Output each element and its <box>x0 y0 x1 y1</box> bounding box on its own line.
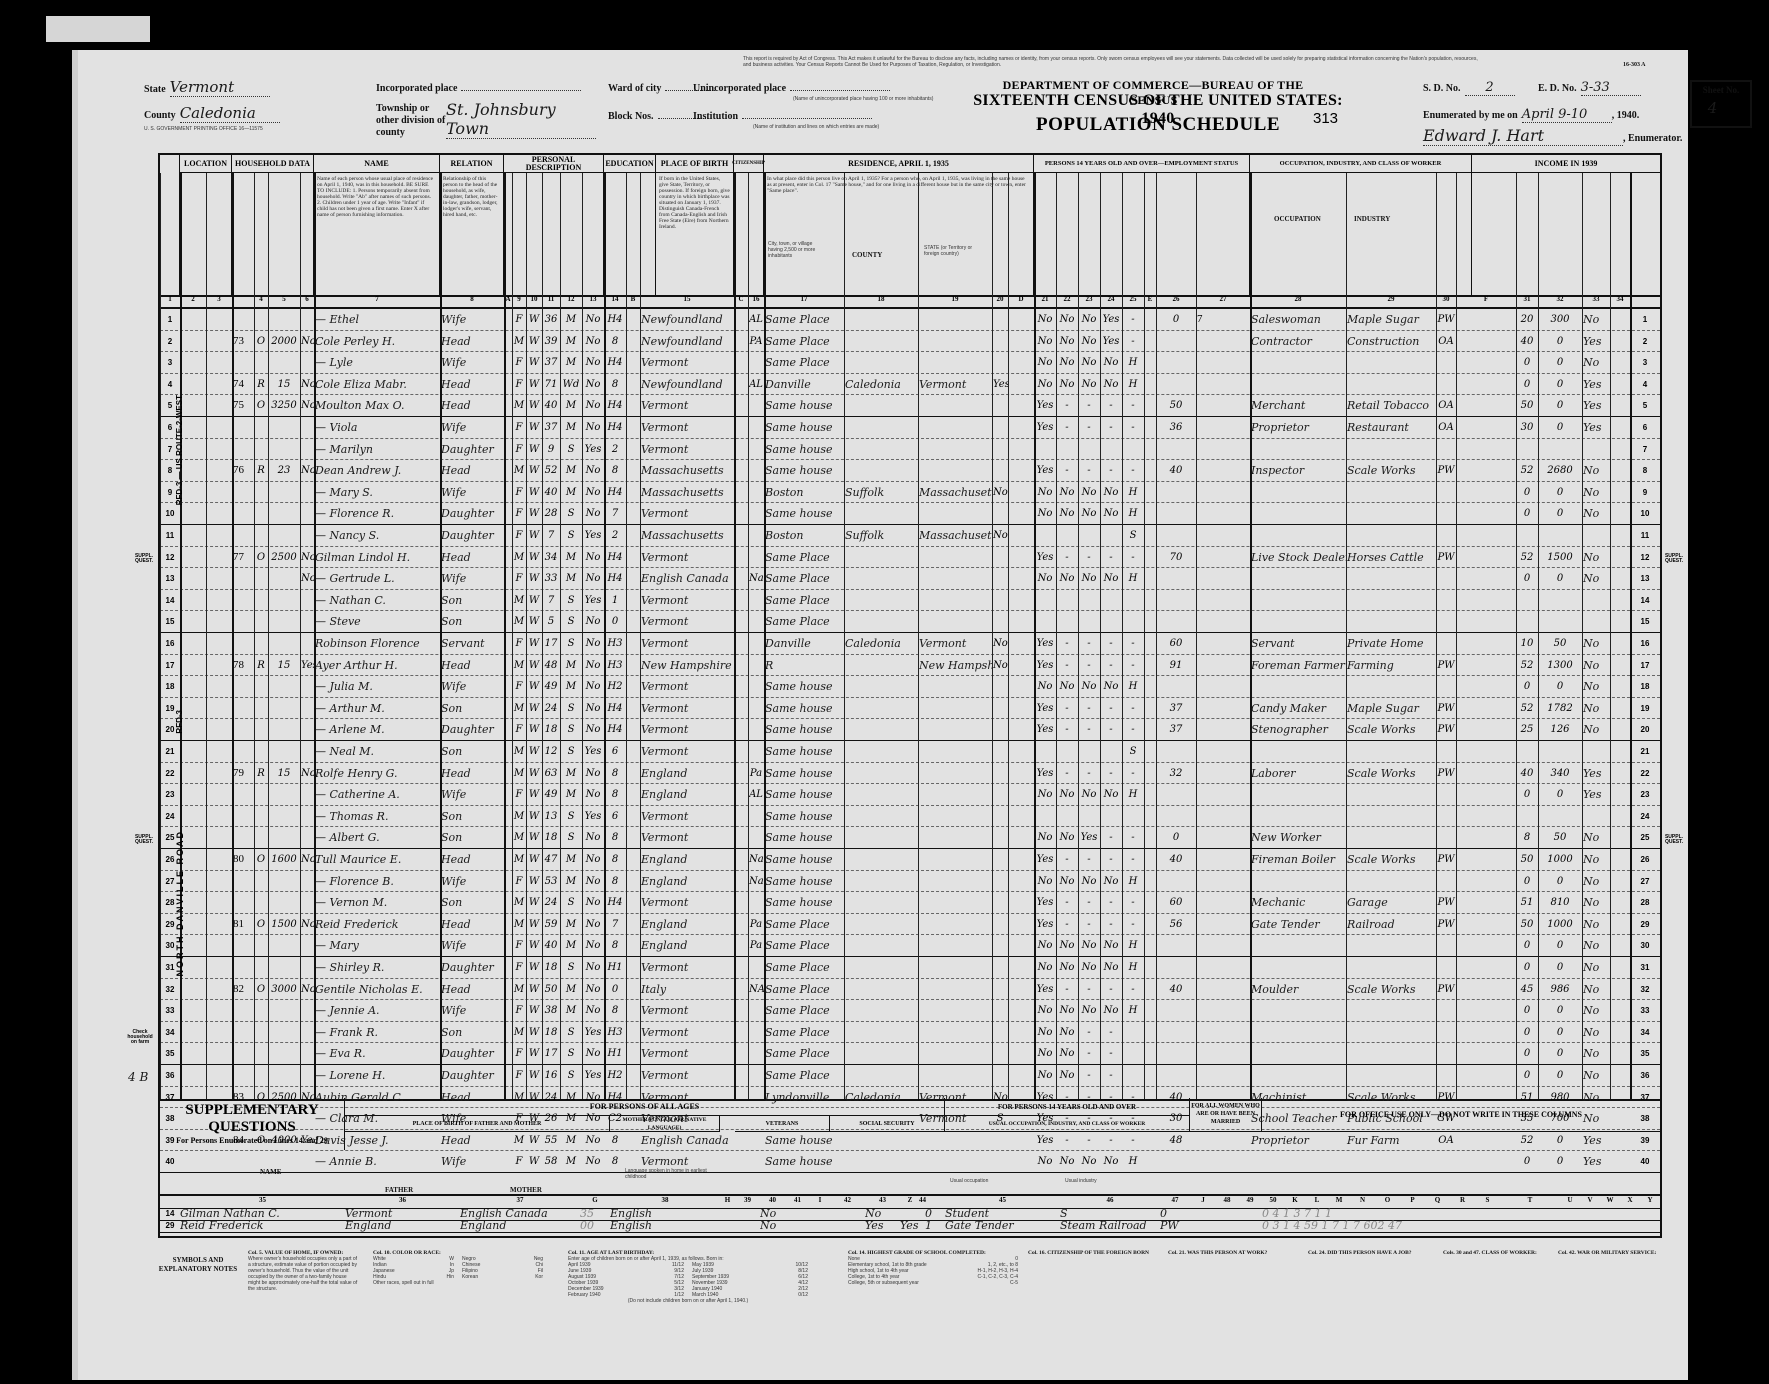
cell-street <box>180 611 206 632</box>
cell-at-work: No <box>1034 503 1056 524</box>
cell-res-state: Massachusetts <box>918 482 992 503</box>
column-number: 24 <box>1100 295 1122 303</box>
cell-E <box>1144 935 1156 956</box>
cell-marital: S <box>560 1043 582 1064</box>
cell-pub-work: - <box>1056 655 1078 676</box>
cell-sex: M <box>512 806 526 827</box>
cell-E <box>1144 698 1156 719</box>
cell-other-inc: No <box>1582 719 1610 740</box>
cell-school: No <box>582 849 604 870</box>
cell-house <box>206 395 232 416</box>
cell-sex: M <box>512 979 526 1000</box>
cell-F <box>1456 763 1516 784</box>
cell-house-no: 73 <box>232 331 254 352</box>
cell-res-state <box>918 849 992 870</box>
cell-own <box>254 633 268 654</box>
cell-res-county <box>844 741 918 762</box>
cell-C <box>734 482 748 503</box>
cell-wages: 0 <box>1538 482 1582 503</box>
cell-C <box>734 547 748 568</box>
cell-res-state <box>918 547 992 568</box>
cell-age: 13 <box>542 806 560 827</box>
route-label-2: RFD-3 <box>175 710 184 770</box>
cell-res-county <box>844 719 918 740</box>
cell-weeks: 52 <box>1516 655 1538 676</box>
cell-house-no <box>232 352 254 373</box>
cell-age: 18 <box>542 719 560 740</box>
cell-seeking <box>1078 741 1100 762</box>
cell-value <box>268 482 300 503</box>
cell-D <box>1008 957 1034 978</box>
cell-col34 <box>1610 417 1630 438</box>
cell-house <box>206 1022 232 1043</box>
cell-seeking: No <box>1078 935 1100 956</box>
cell-hours: 36 <box>1156 417 1196 438</box>
cell-weeks: 0 <box>1516 957 1538 978</box>
cell-F <box>1456 547 1516 568</box>
cell-class <box>1436 482 1456 503</box>
cell-marital: S <box>560 1065 582 1086</box>
cell-weeks: 8 <box>1516 827 1538 848</box>
cell-value <box>268 698 300 719</box>
cell-relation: Daughter <box>440 525 504 546</box>
cell-col34 <box>1610 503 1630 524</box>
cell-relation: Daughter <box>440 957 504 978</box>
cell-F <box>1456 719 1516 740</box>
cell-own: R <box>254 655 268 676</box>
cell-street <box>180 352 206 373</box>
cell-E <box>1144 1065 1156 1086</box>
table-row: 15— SteveSonMW5SNo0VermontSame Place15 <box>160 611 1660 633</box>
cell-industry <box>1346 935 1436 956</box>
cell-has-job: - <box>1100 417 1122 438</box>
cell-other-inc: No <box>1582 892 1610 913</box>
note-item: College, 5th or subsequent yearC-5 <box>848 1280 1018 1286</box>
cell-res-county <box>844 655 918 676</box>
cell-house <box>206 590 232 611</box>
column-number: 3 <box>206 295 232 303</box>
cell-col34 <box>1610 698 1630 719</box>
cell-F <box>1456 590 1516 611</box>
cell-marital: M <box>560 352 582 373</box>
cell-activity: - <box>1122 460 1144 481</box>
cell-wages: 0 <box>1538 352 1582 373</box>
cell-B <box>626 395 640 416</box>
cell-F <box>1456 611 1516 632</box>
cell-house <box>206 568 232 589</box>
cell-hours: 32 <box>1156 763 1196 784</box>
cell-value <box>268 309 300 330</box>
cell-house <box>206 1000 232 1021</box>
cell-res-farm <box>992 871 1008 892</box>
cell-res-farm <box>992 1000 1008 1021</box>
cell-at-work: No <box>1034 1000 1056 1021</box>
cell-D <box>1008 374 1034 395</box>
table-row: 2279R15NoRolfe Henry G.HeadMW63MNo8Engla… <box>160 763 1660 785</box>
cell-weeks: 0 <box>1516 935 1538 956</box>
cell-wages: 0 <box>1538 1065 1582 1086</box>
cell-house <box>206 655 232 676</box>
note-item: Other races, spell out in full <box>373 1280 454 1286</box>
cell-name: — Arlene M. <box>314 719 440 740</box>
cell-birthplace: Vermont <box>640 1065 734 1086</box>
cell-house <box>206 935 232 956</box>
table-row: 2680O1600NoTull Maurice E.HeadMW47MNo8En… <box>160 849 1660 871</box>
cell-has-job: - <box>1100 395 1122 416</box>
cell-name: — Eva R. <box>314 1043 440 1064</box>
cell-own <box>254 525 268 546</box>
cell-wages: 986 <box>1538 979 1582 1000</box>
cell-hours <box>1156 1022 1196 1043</box>
cell-race: W <box>526 849 542 870</box>
cell-res-state <box>918 979 992 1000</box>
cell-sex: M <box>512 611 526 632</box>
cell-at-work: Yes <box>1034 763 1056 784</box>
cell-race: W <box>526 417 542 438</box>
cell-birthplace: Vermont <box>640 439 734 460</box>
cell-birthplace: England <box>640 871 734 892</box>
cell-own <box>254 611 268 632</box>
cell-birthplace: Vermont <box>640 547 734 568</box>
cell-line: 16 <box>160 633 180 654</box>
cell-at-work: Yes <box>1034 849 1056 870</box>
table-row: 34— Frank R.SonMW18SYesH3VermontSame Pla… <box>160 1022 1660 1044</box>
cell-F <box>1456 935 1516 956</box>
cell-class <box>1436 525 1456 546</box>
cell-F <box>1456 352 1516 373</box>
cell-col34 <box>1610 892 1630 913</box>
cell-sex: F <box>512 935 526 956</box>
cell-at-work: No <box>1034 482 1056 503</box>
cell-res-farm <box>992 914 1008 935</box>
cell-grade: H2 <box>604 676 626 697</box>
cell-seeking: No <box>1078 331 1100 352</box>
supp-cell-occupation: Gate Tender <box>945 1220 1060 1232</box>
cell-B <box>626 568 640 589</box>
cell-hours <box>1156 871 1196 892</box>
cell-has-job: - <box>1100 849 1122 870</box>
cell-pub-work: No <box>1056 374 1078 395</box>
cell-res-state <box>918 957 992 978</box>
cell-house-no: 74 <box>232 374 254 395</box>
cell-own: O <box>254 979 268 1000</box>
cell-birthplace: Vermont <box>640 633 734 654</box>
cell-cit <box>748 719 764 740</box>
cell-weeks: 40 <box>1516 763 1538 784</box>
supp-cell-ss1: Yes <box>865 1220 900 1232</box>
cell-age: 18 <box>542 827 560 848</box>
cell-school: No <box>582 374 604 395</box>
cell-C <box>734 374 748 395</box>
cell-own <box>254 871 268 892</box>
column-number: 1 <box>160 295 180 303</box>
table-row: 3— LyleWifeFW37MNoH4VermontSame PlaceNoN… <box>160 352 1660 374</box>
cell-name: — Lyle <box>314 352 440 373</box>
cell-B <box>626 784 640 805</box>
cell-res-state: Vermont <box>918 633 992 654</box>
cell-D <box>1008 784 1034 805</box>
header-name: NAMEName of each person whose usual plac… <box>314 155 440 295</box>
cell-birthplace: Vermont <box>640 806 734 827</box>
cell-marital: M <box>560 676 582 697</box>
cell-name: — Thomas R. <box>314 806 440 827</box>
cell-value: 15 <box>268 374 300 395</box>
cell-res-state <box>918 784 992 805</box>
cell-house <box>206 611 232 632</box>
table-row: 20— Arlene M.DaughterFW18SNoH4VermontSam… <box>160 719 1660 741</box>
cell-F <box>1456 374 1516 395</box>
table-row: 575O3250NoMoulton Max O.HeadMW40MNoH4Ver… <box>160 395 1660 417</box>
cell-wages: 0 <box>1538 374 1582 395</box>
cell-marital: M <box>560 784 582 805</box>
cell-relation: Son <box>440 590 504 611</box>
cell-cit <box>748 741 764 762</box>
cell-cit: NA <box>748 979 764 1000</box>
cell-school: No <box>582 676 604 697</box>
cell-school: No <box>582 935 604 956</box>
column-number: 20 <box>992 295 1008 303</box>
cell-own <box>254 698 268 719</box>
cell-house <box>206 374 232 395</box>
cell-class <box>1436 676 1456 697</box>
cell-hours: 37 <box>1156 698 1196 719</box>
cell-seeking <box>1078 590 1100 611</box>
cell-res-farm <box>992 460 1008 481</box>
cell-activity: H <box>1122 352 1144 373</box>
cell-name: Dean Andrew J. <box>314 460 440 481</box>
cell-marital: M <box>560 1000 582 1021</box>
cell-has-job <box>1100 611 1122 632</box>
cell-line: 1 <box>160 309 180 330</box>
cell-relation: Head <box>440 395 504 416</box>
cell-race: W <box>526 503 542 524</box>
cell-farm <box>300 806 314 827</box>
cell-race: W <box>526 935 542 956</box>
cell-birthplace: Vermont <box>640 352 734 373</box>
cell-has-job: - <box>1100 1065 1122 1086</box>
cell-E <box>1144 871 1156 892</box>
cell-marital: S <box>560 719 582 740</box>
cell-age: 40 <box>542 395 560 416</box>
cell-F <box>1456 655 1516 676</box>
cell-other-inc: No <box>1582 676 1610 697</box>
cell-hours: 91 <box>1156 655 1196 676</box>
cell-house-no: 77 <box>232 547 254 568</box>
cell-value <box>268 806 300 827</box>
cell-at-work: No <box>1034 331 1056 352</box>
cell-house <box>206 417 232 438</box>
cell-has-job: No <box>1100 374 1122 395</box>
cell-C <box>734 590 748 611</box>
cell-res-city: Same Place <box>764 957 844 978</box>
cell-res-city: Same house <box>764 676 844 697</box>
cell-hours: 40 <box>1156 849 1196 870</box>
cell-has-job: - <box>1100 655 1122 676</box>
cell-school: No <box>582 352 604 373</box>
cell-marital: M <box>560 763 582 784</box>
cell-C <box>734 1065 748 1086</box>
cell-house-no <box>232 741 254 762</box>
cell-res-farm <box>992 1065 1008 1086</box>
cell-marital: S <box>560 698 582 719</box>
cell-hours <box>1156 503 1196 524</box>
cell-res-city: Same Place <box>764 568 844 589</box>
cell-own <box>254 352 268 373</box>
cell-name: — Neal M. <box>314 741 440 762</box>
cell-wages: 0 <box>1538 1043 1582 1064</box>
cell-age: 48 <box>542 655 560 676</box>
cell-wages: 1000 <box>1538 914 1582 935</box>
column-number: B <box>626 295 640 303</box>
cell-hours <box>1156 374 1196 395</box>
cell-rline: 29 <box>1630 914 1660 935</box>
cell-house-no <box>232 611 254 632</box>
cell-school: Yes <box>582 1022 604 1043</box>
cell-own <box>254 892 268 913</box>
cell-B <box>626 698 640 719</box>
table-row: 19— Arthur M.SonMW24SNoH4VermontSame hou… <box>160 698 1660 720</box>
table-row: 18— Julia M.WifeFW49MNoH2VermontSame hou… <box>160 676 1660 698</box>
supp-column-number: Z <box>160 1196 1660 1204</box>
cell-D <box>1008 331 1034 352</box>
cell-class <box>1436 1043 1456 1064</box>
cell-value: 3250 <box>268 395 300 416</box>
cell-wages: 0 <box>1538 503 1582 524</box>
cell-at-work: Yes <box>1034 655 1056 676</box>
cell-col34 <box>1610 1022 1630 1043</box>
cell-seeking: Yes <box>1078 827 1100 848</box>
cell-class: PW <box>1436 979 1456 1000</box>
supp-cell-class: 0 <box>1160 1208 1190 1220</box>
cell-cit <box>748 655 764 676</box>
cell-own <box>254 590 268 611</box>
cell-F <box>1456 957 1516 978</box>
cell-weeks-unemp <box>1196 374 1250 395</box>
cell-E <box>1144 590 1156 611</box>
cell-res-county: Caledonia <box>844 633 918 654</box>
cell-occupation <box>1250 676 1346 697</box>
cell-occupation: Stenographer <box>1250 719 1346 740</box>
header-education: EDUCATION <box>604 155 656 295</box>
cell-race: W <box>526 374 542 395</box>
cell-rline: 10 <box>1630 503 1660 524</box>
cell-activity: H <box>1122 935 1144 956</box>
cell-res-state <box>918 827 992 848</box>
cell-name: — Jennie A. <box>314 1000 440 1021</box>
cell-C <box>734 914 748 935</box>
cell-has-job <box>1100 439 1122 460</box>
cell-res-state <box>918 892 992 913</box>
cell-marital: M <box>560 547 582 568</box>
cell-res-county <box>844 568 918 589</box>
cell-relation: Wife <box>440 935 504 956</box>
column-number: 30 <box>1436 295 1456 303</box>
cell-col34 <box>1610 849 1630 870</box>
cell-industry: Construction <box>1346 331 1436 352</box>
film-edge-tab <box>46 16 150 42</box>
cell-grade: H1 <box>604 957 626 978</box>
cell-res-county <box>844 460 918 481</box>
cell-res-county <box>844 1043 918 1064</box>
cell-activity: H <box>1122 503 1144 524</box>
cell-sex: F <box>512 439 526 460</box>
cell-birthplace: Vermont <box>640 417 734 438</box>
cell-house-no <box>232 525 254 546</box>
column-number: D <box>1008 295 1034 303</box>
cell-res-city: Same Place <box>764 1065 844 1086</box>
cell-has-job: - <box>1100 547 1122 568</box>
cell-seeking: - <box>1078 763 1100 784</box>
cell-B <box>626 935 640 956</box>
cell-class: OA <box>1436 417 1456 438</box>
cell-age: 28 <box>542 503 560 524</box>
cell-other-inc <box>1582 525 1610 546</box>
cell-wages: 300 <box>1538 309 1582 330</box>
cell-seeking: No <box>1078 784 1100 805</box>
cell-name: Cole Eliza Mabr. <box>314 374 440 395</box>
cell-B <box>626 439 640 460</box>
cell-rline: 13 <box>1630 568 1660 589</box>
cell-race: W <box>526 590 542 611</box>
cell-seeking: No <box>1078 871 1100 892</box>
cell-D <box>1008 439 1034 460</box>
cell-sex: F <box>512 1000 526 1021</box>
cell-pub-work: - <box>1056 892 1078 913</box>
cell-F <box>1456 892 1516 913</box>
cell-D <box>1008 676 1034 697</box>
cell-farm <box>300 633 314 654</box>
cell-other-inc <box>1582 590 1610 611</box>
cell-grade: 7 <box>604 914 626 935</box>
cell-B <box>626 547 640 568</box>
cell-age: 16 <box>542 1065 560 1086</box>
cell-sex: F <box>512 417 526 438</box>
cell-age: 38 <box>542 1000 560 1021</box>
cell-class: PW <box>1436 763 1456 784</box>
cell-weeks-unemp <box>1196 655 1250 676</box>
cell-grade: 8 <box>604 1000 626 1021</box>
cell-relation: Son <box>440 892 504 913</box>
supp-cell-line: 29 <box>160 1220 180 1232</box>
cell-race: W <box>526 957 542 978</box>
cell-other-inc: Yes <box>1582 374 1610 395</box>
cell-name: — Ethel <box>314 309 440 330</box>
cell-at-work: No <box>1034 374 1056 395</box>
route-label-1: RFD-3 — US ROUTE-2-WEST <box>175 395 184 565</box>
cell-age: 52 <box>542 460 560 481</box>
cell-res-state <box>918 741 992 762</box>
cell-res-county <box>844 1022 918 1043</box>
cell-race: W <box>526 352 542 373</box>
cell-rline: 7 <box>1630 439 1660 460</box>
cell-other-inc: No <box>1582 1043 1610 1064</box>
cell-grade: 8 <box>604 331 626 352</box>
cell-class: PW <box>1436 719 1456 740</box>
cell-cit <box>748 1043 764 1064</box>
township-value: St. Johnsbury Town <box>446 100 596 139</box>
cell-occupation: Servant <box>1250 633 1346 654</box>
cell-marital: M <box>560 935 582 956</box>
cell-res-city: Same house <box>764 871 844 892</box>
cell-age: 24 <box>542 698 560 719</box>
cell-seeking: No <box>1078 482 1100 503</box>
cell-col34 <box>1610 827 1630 848</box>
table-row: 13No— Gertrude L.WifeFW33MNoH4English Ca… <box>160 568 1660 590</box>
cell-col34 <box>1610 374 1630 395</box>
cell-D <box>1008 547 1034 568</box>
cell-class <box>1436 957 1456 978</box>
cell-C <box>734 655 748 676</box>
